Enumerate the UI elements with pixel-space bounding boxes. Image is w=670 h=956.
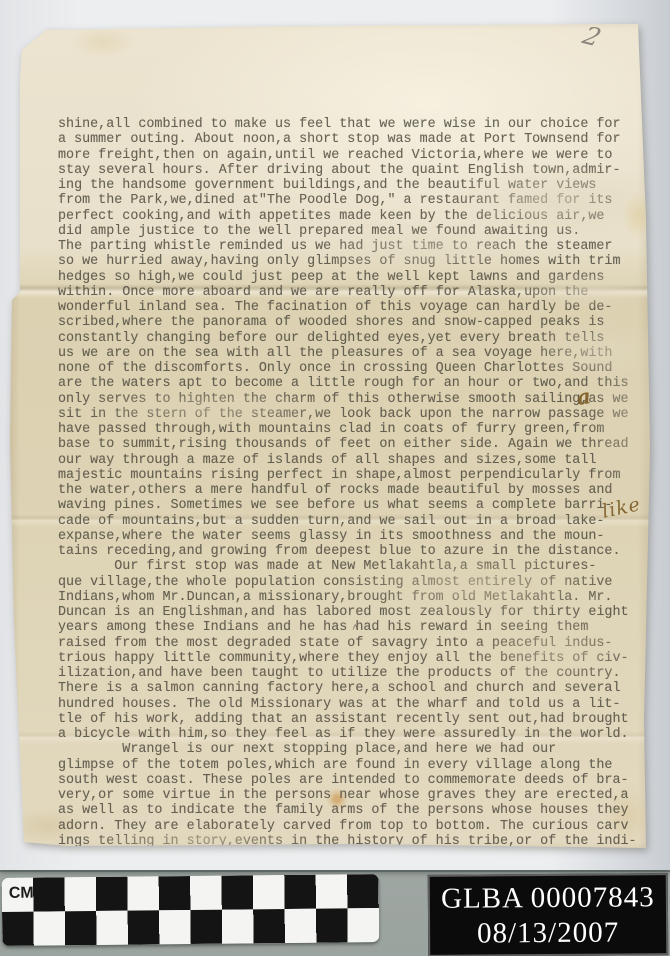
typed-line: tle of his work, adding that an assistan…	[58, 712, 650, 727]
typed-line: wonderful inland sea. The facination of …	[58, 300, 650, 315]
typed-line: very,or some virtue in the persons near …	[58, 788, 650, 803]
typed-line: tains receding,and growing from deepest …	[58, 544, 650, 559]
typed-line: have passed through,with mountains clad …	[58, 422, 650, 437]
typed-line: only serves to highten the charm of this…	[58, 392, 650, 407]
insertion-caret-mark: ^	[352, 624, 359, 636]
typed-line: Wrangel is our next stopping place,and h…	[58, 742, 650, 757]
typed-line: from the Park,we,dined at"The Poodle Dog…	[58, 193, 650, 208]
typed-line: glimpse of the totem poles,which are fou…	[58, 758, 650, 773]
typed-line: The parting whistle reminded us we had j…	[58, 239, 650, 254]
typed-line: trious happy little community,where they…	[58, 651, 650, 666]
typed-line: majestic mountains rising perfect in sha…	[58, 468, 650, 483]
typed-line: ilization,and have been taught to utiliz…	[58, 666, 650, 681]
typed-line: sit in the stern of the steamer,we look …	[58, 407, 650, 422]
typed-line: us we are on the sea with all the pleasu…	[58, 346, 650, 361]
typed-line: constantly changing before our delighted…	[58, 331, 650, 346]
typed-line: stay several hours. After driving about …	[58, 163, 650, 178]
document-paper-wrap: shine,all combined to make us feel that …	[8, 20, 652, 854]
typed-line: none of the discomforts. Only once in cr…	[58, 361, 650, 376]
catalog-date: 08/13/2007	[477, 915, 619, 950]
typed-line: There is a salmon canning factory here,a…	[58, 681, 650, 696]
typed-line: shine,all combined to make us feel that …	[58, 117, 650, 132]
typed-line: Our first stop was made at New Metlakaht…	[58, 559, 650, 574]
typed-line: expanse,where the water seems glassy in …	[58, 529, 650, 544]
typed-line: base to summit,rising thousands of feet …	[58, 437, 650, 452]
typed-line: adorn. They are elaborately carved from …	[58, 819, 650, 834]
checker-row-bottom	[2, 908, 379, 946]
typed-line: ings telling in story,events in the hist…	[58, 834, 650, 849]
typed-line: are the waters apt to become a little ro…	[58, 376, 650, 391]
typed-line: the water,others a mere handful of rocks…	[58, 483, 650, 498]
typed-line: perfect cooking,and with appetites made …	[58, 209, 650, 224]
typed-line: que village,the whole population consist…	[58, 575, 650, 590]
typed-line: so we hurried away,having only glimpses …	[58, 254, 650, 269]
typed-line: as well as to indicate the family arms o…	[58, 803, 650, 818]
checker-row-top	[2, 874, 379, 912]
typed-line: our way through a maze of islands of all…	[58, 453, 650, 468]
archival-photo-scene: shine,all combined to make us feel that …	[0, 0, 670, 956]
typed-text-block: shine,all combined to make us feel that …	[58, 117, 650, 849]
typed-line: cade of mountains,but a sudden turn,and …	[58, 514, 650, 529]
typed-line: Duncan is an Englishman,and has labored …	[58, 605, 650, 620]
catalog-accession-number: GLBA 00007843	[441, 880, 655, 915]
cm-scale-bar: CM	[2, 874, 380, 946]
typed-line: south west coast. These poles are intend…	[58, 773, 650, 788]
handwritten-page-number: 2	[579, 21, 605, 52]
typed-line: more freight,then on again,until we reac…	[58, 148, 650, 163]
catalog-label: GLBA 00007843 08/13/2007	[428, 873, 669, 956]
typed-line: ing the handsome government buildings,an…	[58, 178, 650, 193]
typed-line: did ample justice to the well prepared m…	[58, 224, 650, 239]
typed-line: raised from the most degraded state of s…	[58, 636, 650, 651]
cm-unit-label: CM	[9, 885, 34, 903]
typed-line: a bicycle with him,so they feel as if th…	[58, 727, 650, 742]
typed-line: hundred houses. The old Missionary was a…	[58, 697, 650, 712]
typed-line: waving pines. Sometimes we see before us…	[58, 498, 650, 513]
typed-line: hedges so high,we could just peep at the…	[58, 270, 650, 285]
typed-line: a summer outing. About noon,a short stop…	[58, 132, 650, 147]
typed-line: Indians,whom Mr.Duncan,a missionary,brou…	[58, 590, 650, 605]
typed-line: scribed,where the panorama of wooded sho…	[58, 315, 650, 330]
typed-line: within. Once more aboard and we are real…	[58, 285, 650, 300]
document-paper: shine,all combined to make us feel that …	[8, 20, 652, 854]
